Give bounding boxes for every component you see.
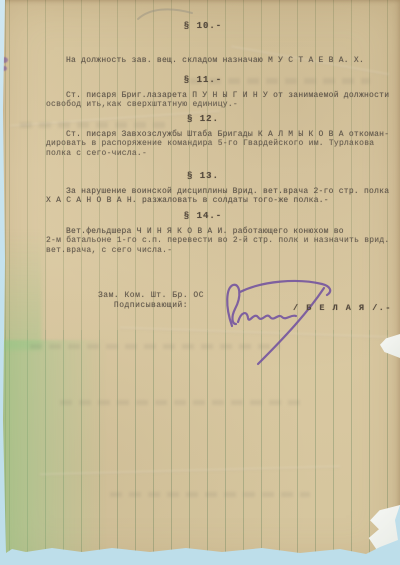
green-discoloration [2,340,107,565]
ink-smudge [1,66,7,71]
scanned-document: § 10.- На должность зав. вещ. складом на… [0,0,400,565]
section-paragraph-13: За нарушение воинской дисциплины Врид. в… [46,187,400,206]
section-paragraph-12: Ст. писаря Завхозслужбы Штаба Бригады К … [46,130,400,158]
paragraph-line: освобод ить,как сверхштатную единицу.- [46,100,400,109]
paragraph-line: Вет.фельдшера Ч И Н Я К О В А И. работаю… [46,227,400,236]
paragraph-line: Ст. писаря Завхозслужбы Штаба Бригады К … [46,130,400,139]
section-heading-12: § 12. [26,114,380,124]
paragraph-line: дировать в распоряжение командира 5-го Г… [46,139,400,148]
paper-sheet: § 10.- На должность зав. вещ. складом на… [0,0,400,565]
paragraph-line: Х А С А Н О В А Н. разжаловать в солдаты… [46,196,400,205]
section-heading-10: § 10.- [26,21,380,31]
paragraph-line: Ст. писаря Бриг.лазарета П У Н Ы Г И Н У… [46,91,400,100]
ink-smudge [0,57,8,63]
paragraph-line: За нарушение воинской дисциплины Врид. в… [46,187,400,196]
green-discoloration-upper [2,230,42,350]
handwritten-signature [212,274,352,369]
paragraph-line: На должность зав. вещ. складом назначаю … [46,56,400,65]
ink-bleedthrough [60,400,300,405]
section-heading-11: § 11.- [26,75,380,85]
section-paragraph-11: Ст. писаря Бриг.лазарета П У Н Ы Г И Н У… [46,91,400,110]
paragraph-line: вет.врача, с сего числа.- [46,246,400,255]
paragraph-line: полка с сего-числа.- [46,149,400,158]
paragraph-line: 2-м батальоне 1-го с.п. перевести во 2-й… [46,236,400,245]
signature-role-line: Зам. Ком. Шт. Бр. ОС [98,291,204,301]
signature-typed-name: / Б Е Л А Я /.- [293,303,392,313]
section-heading-14: § 14.- [26,211,380,221]
signature-role-block: Зам. Ком. Шт. Бр. ОС Подписывающий: [98,291,204,311]
ink-bleedthrough [110,492,310,497]
section-paragraph-14: Вет.фельдшера Ч И Н Я К О В А И. работаю… [46,227,400,255]
section-heading-13: § 13. [26,171,380,181]
section-paragraph-10: На должность зав. вещ. складом назначаю … [46,56,400,65]
signature-role-line: Подписывающий: [98,301,204,311]
